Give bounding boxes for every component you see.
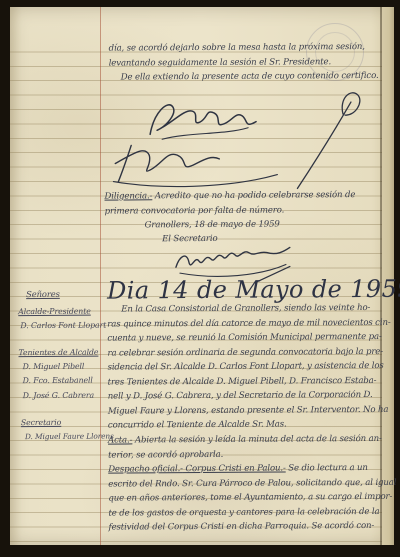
handwritten-content: día, se acordó dejarlo sobre la mesa has… [8, 6, 395, 546]
margin-attendees: Señores Alcalde-Presidente D. Carlos Fon… [8, 6, 392, 8]
diligencia-note: Diligencia.- Acredito que no ha podido c… [104, 188, 355, 219]
diligencia-label: Diligencia.- [104, 191, 152, 201]
body-line: concurrido el Teniente de Alcalde Sr. Ma… [108, 417, 391, 433]
closing-paragraph: día, se acordó dejarlo sobre la mesa has… [109, 40, 379, 85]
despacho-label: Despacho oficial.- [108, 464, 183, 474]
margin-group-title: Alcalde-Presidente [18, 307, 91, 316]
acta-line: terior, se acordó aprobarla. [108, 446, 382, 462]
margin-name: D. Fco. Estabanell [23, 376, 93, 385]
despacho-line: Despacho oficial.- Corpus Cristi en Palo… [108, 461, 396, 477]
body-line: En la Casa Consistorial de Granollers, s… [107, 301, 390, 317]
body-line: cuenta y nueve, se reunió la Comisión Mu… [107, 330, 390, 346]
deputy-signature [105, 134, 287, 193]
acta-paragraph: Acta.- Abierta la sesión y leída la minu… [108, 432, 382, 463]
despacho-paragraph: Despacho oficial.- Corpus Cristi en Palo… [108, 461, 397, 535]
acta-label: Acta.- [108, 435, 132, 445]
closing-line: De ella extiendo la presente acta de cuy… [109, 69, 379, 85]
despacho-line: que en años anteriores, tome el Ayuntami… [108, 490, 396, 506]
margin-name: D. Miguel Pibell [23, 362, 85, 371]
margin-name: D. Carlos Font Llopart [20, 321, 106, 331]
session-date-heading: Dia 14 de Mayo de 1959 [107, 275, 382, 305]
closing-line: día, se acordó dejarlo sobre la mesa has… [109, 40, 379, 56]
closing-line: levantando seguidamente la sesión el Sr.… [109, 54, 379, 70]
scanned-page: día, se acordó dejarlo sobre la mesa has… [10, 7, 394, 545]
acta-line: Acta.- Abierta la sesión y leída la minu… [108, 432, 382, 448]
diligencia-place-date: Granollers, 18 de mayo de 1959 [130, 217, 295, 233]
diligencia-line: Diligencia.- Acredito que no ha podido c… [104, 188, 355, 204]
diagonal-signature [291, 86, 372, 192]
despacho-sublabel: Corpus Cristi en Palou.- [183, 463, 286, 474]
diligencia-line: primera convocatoria por falta de número… [105, 203, 356, 219]
despacho-line: festividad del Corpus Cristi en dicha Pa… [108, 519, 396, 535]
minutes-body: En la Casa Consistorial de Granollers, s… [107, 301, 391, 433]
scanned-document-photo: día, se acordó dejarlo sobre la mesa has… [0, 0, 400, 557]
body-line: sidencia del Sr. Alcalde D. Carlos Font … [108, 359, 391, 375]
body-line: nell y D. José G. Cabrera, y del Secreta… [108, 388, 391, 404]
margin-header: Señores [26, 289, 60, 299]
margin-name: D. José G. Cabrera [23, 391, 94, 400]
margin-group-title: Tenientes de Alcalde [18, 348, 98, 357]
margin-group-title: Secretario [21, 418, 61, 427]
body-line: Miguel Faure y Llorens, estando presente… [108, 402, 391, 418]
margin-name: D. Miguel Faure Llorens [25, 432, 114, 442]
